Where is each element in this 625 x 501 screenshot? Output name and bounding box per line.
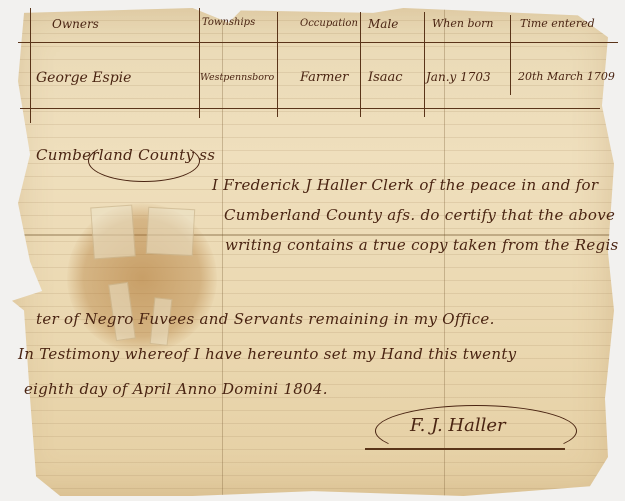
table-rule [20,108,600,109]
header-townships: Townships [202,17,255,28]
cell-when-born: Jan.y 1703 [426,70,491,84]
flourish [88,140,200,182]
cell-township: Westpennsboro [200,72,274,83]
header-when-born: When born [432,17,494,30]
water-stain [67,203,217,353]
header-male: Male [368,17,398,31]
body-line-1: I Frederick J Haller Clerk of the peace … [212,176,598,194]
tape-repair [90,205,136,260]
table-rule [18,42,618,43]
signature-underline [365,448,565,450]
table-rule [424,12,425,117]
body-line-3: writing contains a true copy taken from … [225,236,619,254]
table-rule [277,12,278,117]
body-line-5: In Testimony whereof I have hereunto set… [18,345,516,363]
header-owners: Owners [52,17,99,31]
cell-time-entered: 20th March 1709 [518,70,615,83]
cell-occupation: Farmer [300,70,348,85]
header-time-entered: Time entered [520,17,595,30]
body-line-2: Cumberland County afs. do certify that t… [224,206,615,224]
body-line-4: ter of Negro Fuvees and Servants remaini… [36,310,495,328]
cell-owner: George Espie [36,70,131,86]
header-occupation: Occupation [300,18,358,29]
table-rule [199,8,200,118]
cell-male: Isaac [368,70,403,85]
body-line-6: eighth day of April Anno Domini 1804. [24,380,328,398]
table-rule [510,15,511,95]
table-rule [30,8,31,123]
table-rule [360,12,361,117]
tape-repair [146,207,195,256]
